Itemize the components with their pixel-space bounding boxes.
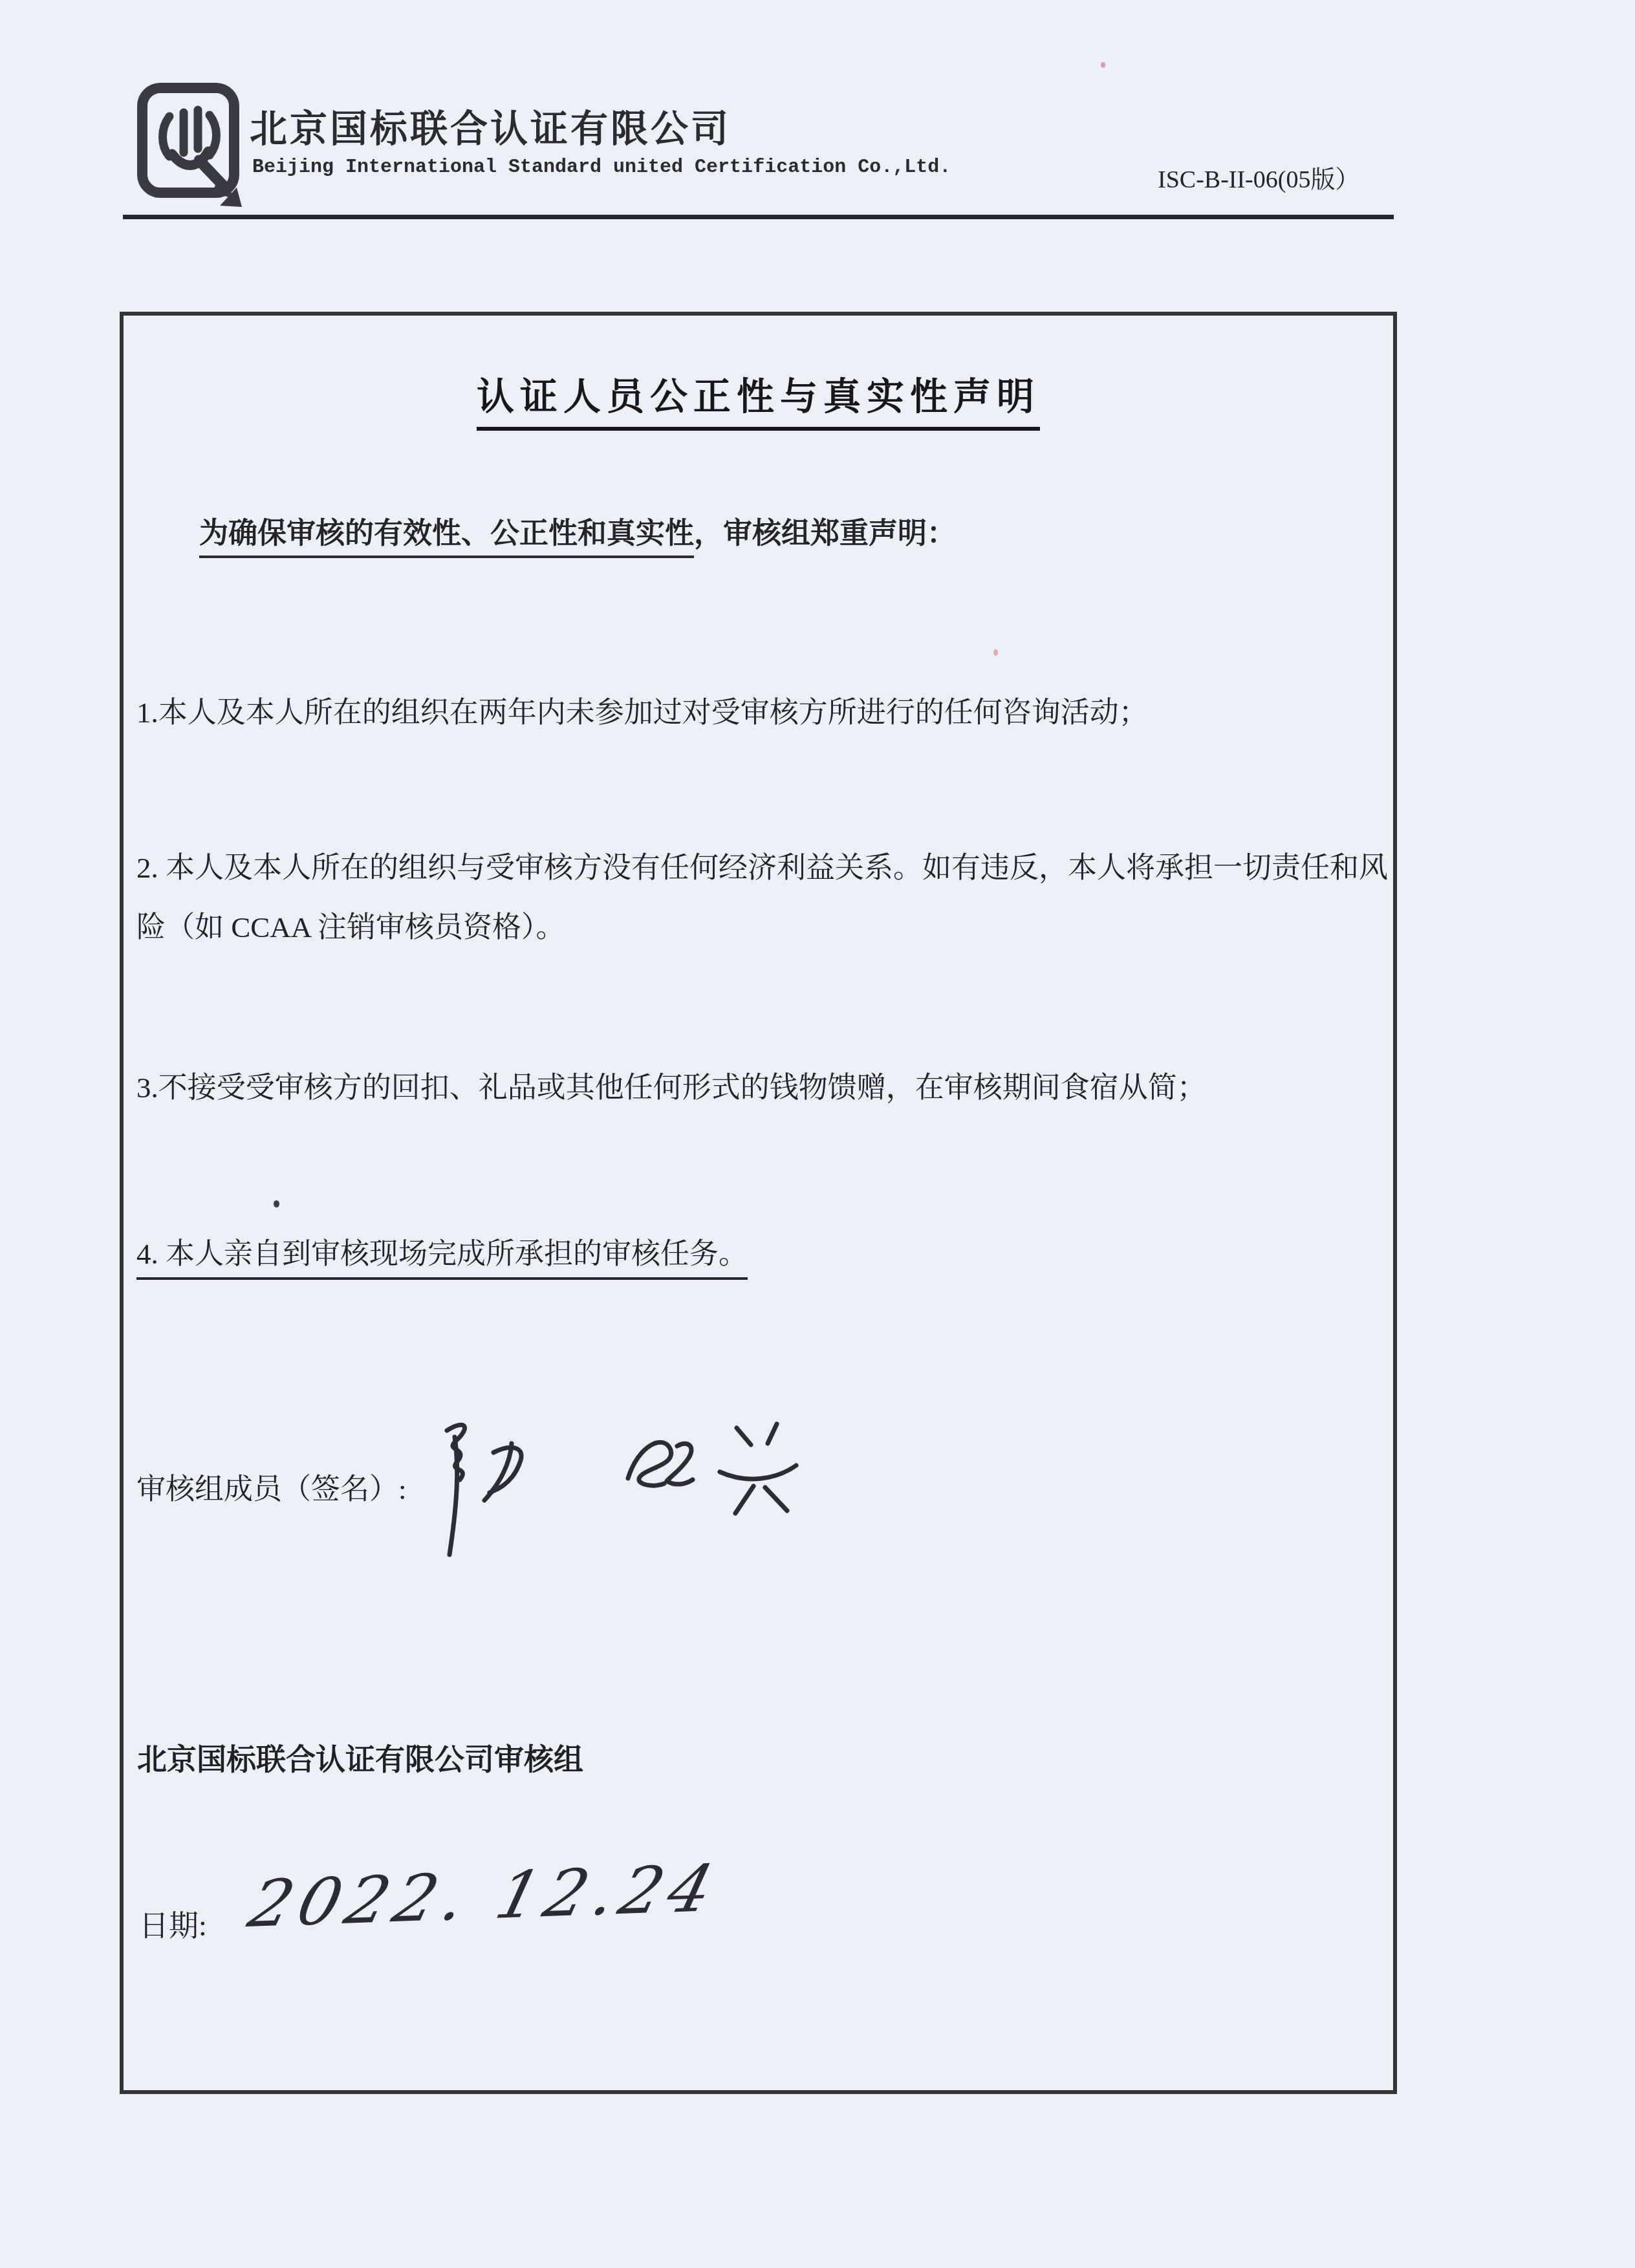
intro-underlined-text: 为确保审核的有效性、公正性和真实性 [199, 517, 694, 558]
declaration-item-4-text: 4. 本人亲自到审核现场完成所承担的审核任务。 [136, 1238, 748, 1280]
declaration-item-4: 4. 本人亲自到审核现场完成所承担的审核任务。 [136, 1224, 748, 1284]
signature-label: 审核组成员（签名）: [136, 1465, 407, 1507]
handwritten-signature-2 [612, 1407, 807, 1537]
scanned-document-page: 北京国标联合认证有限公司 Beijing International Stand… [0, 0, 1635, 2268]
company-logo-icon [136, 83, 247, 210]
declaration-box: 认证人员公正性与真实性声明 为确保审核的有效性、公正性和真实性，审核组郑重声明：… [120, 312, 1397, 2094]
declaration-item-1: 1.本人及本人所在的组织在两年内未参加过对受审核方所进行的任何咨询活动； [136, 683, 1388, 742]
handwritten-signature-1 [416, 1415, 545, 1564]
declaration-item-3: 3.不接受受审核方的回扣、礼品或其他任何形式的钱物馈赠，在审核期间食宿从简； [136, 1058, 1388, 1118]
letterhead-divider [123, 215, 1394, 219]
company-name-en: Beijing International Standard united Ce… [252, 157, 951, 178]
scan-speck [1101, 62, 1105, 68]
declaration-item-2: 2. 本人及本人所在的组织与受审核方没有任何经济利益关系。如有违反，本人将承担一… [136, 838, 1388, 957]
date-label: 日期: [139, 1909, 207, 1942]
document-title-text: 认证人员公正性与真实性声明 [477, 376, 1040, 431]
intro-rest-text: ，审核组郑重声明： [694, 517, 956, 550]
intro-paragraph: 为确保审核的有效性、公正性和真实性，审核组郑重声明： [199, 510, 956, 552]
company-name-cn: 北京国标联合认证有限公司 [250, 98, 731, 153]
document-code: ISC-B-II-06(05版） [1158, 159, 1359, 195]
document-title: 认证人员公正性与真实性声明 [124, 366, 1393, 420]
ink-dot-artifact [274, 1200, 279, 1207]
handwritten-date: 2022. 12.24 [241, 1850, 727, 1942]
audit-team-line: 北京国标联合认证有限公司审核组 [137, 1736, 583, 1778]
date-row: 日期: 2022. 12.24 [139, 1875, 701, 1951]
